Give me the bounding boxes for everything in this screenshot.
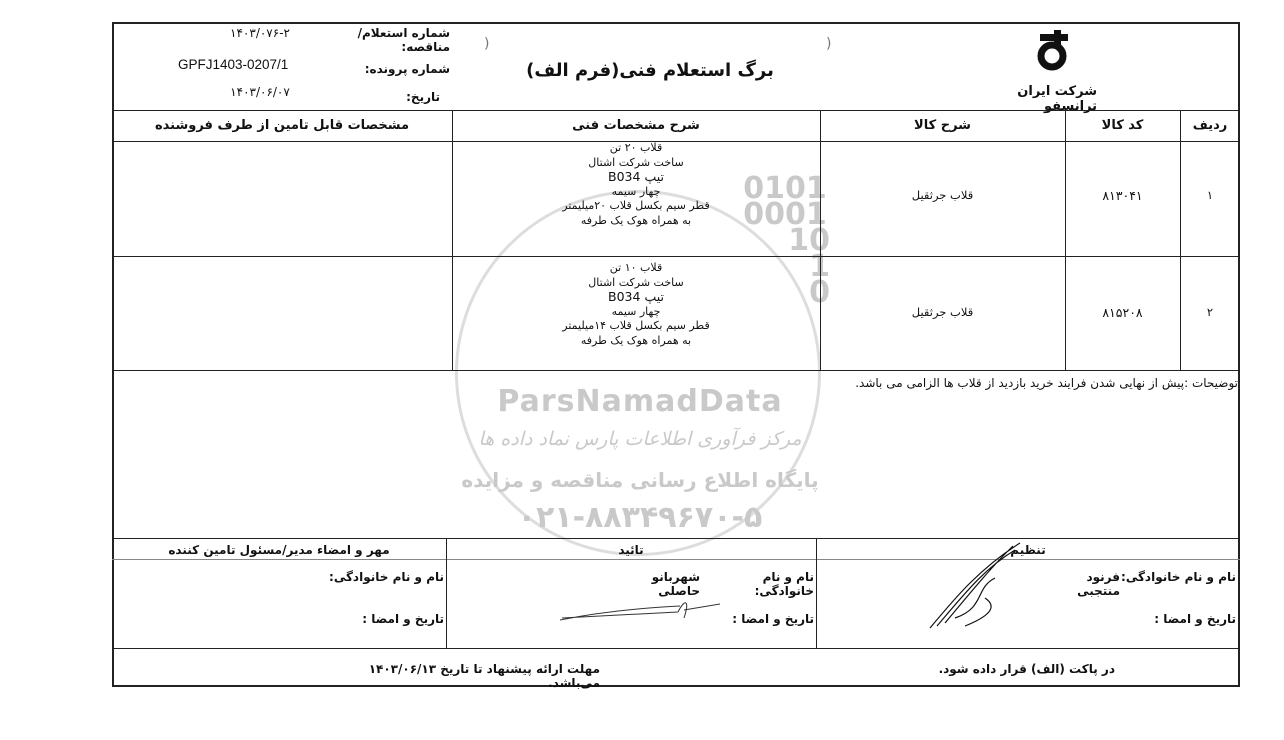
spec-line: به همراه هوک یک طرفه	[452, 334, 820, 349]
row-description: قلاب جرثقیل	[820, 188, 1065, 202]
prepared-date-sign-label: تاریخ و امضا :	[1140, 612, 1236, 626]
form-title: برگ استعلام فنی(فرم الف)	[520, 60, 780, 81]
envelope-note: در پاکت (الف) قرار داده شود.	[900, 662, 1115, 676]
supplier-header: مهر و امضاء مدیر/مسئول تامین کننده	[112, 540, 446, 560]
date-value: ۱۴۰۳/۰۶/۰۷	[205, 85, 315, 99]
spec-line: تیپ B034	[452, 290, 820, 305]
supplier-name-label: نام و نام خانوادگی:	[300, 570, 444, 584]
date-label: تاریخ:	[380, 90, 440, 104]
spec-line: چهار سیمه	[452, 305, 820, 320]
spec-line: قلاب ۲۰ تن	[452, 141, 820, 156]
spec-line: قلاب ۱۰ تن	[452, 261, 820, 276]
approved-date-sign-label: تاریخ و امضا :	[720, 612, 814, 626]
prepared-name-value: فرنود منتجبی	[1040, 570, 1120, 598]
deadline-note: مهلت ارائه پیشنهاد تا تاریخ ۱۴۰۳/۰۶/۱۳ م…	[320, 662, 600, 690]
file-number-label: شماره پرونده:	[360, 62, 450, 76]
col-header-description: شرح کالا	[820, 112, 1065, 140]
spec-line: قطر سیم بکسل قلاب ۲۰میلیمتر	[452, 199, 820, 214]
file-number-value: GPFJ1403-0207/1	[178, 57, 328, 72]
approved-name-label: نام و نام خانوادگی:	[700, 570, 814, 598]
prepared-header: تنظیم	[816, 540, 1240, 560]
inquiry-number-value: ۱۴۰۳/۰۷۶-۲	[205, 26, 315, 40]
spec-line: به همراه هوک یک طرفه	[452, 214, 820, 229]
table-top-border	[112, 110, 1240, 111]
col-header-supplier-spec: مشخصات قابل تامین از طرف فروشنده	[112, 112, 452, 140]
notes-text: توضیحات :پیش از نهایی شدن فرایند خرید با…	[850, 376, 1238, 390]
col-header-code: کد کالا	[1065, 112, 1180, 140]
iran-transfo-logo-icon	[1032, 28, 1076, 72]
spec-line: چهار سیمه	[452, 185, 820, 200]
col-divider	[1180, 110, 1181, 370]
row-index: ۲	[1180, 305, 1240, 319]
row-index: ۱	[1180, 188, 1240, 202]
decorative-paren: )	[826, 36, 831, 52]
signature-bottom-border	[112, 648, 1240, 649]
decorative-paren: )	[484, 36, 489, 52]
prepared-signature-icon	[925, 538, 1025, 650]
signature-top-border	[112, 538, 1240, 539]
row-code: ۸۱۳۰۴۱	[1065, 188, 1180, 203]
col-header-index: ردیف	[1180, 112, 1240, 140]
supplier-date-sign-label: تاریخ و امضا :	[330, 612, 444, 626]
spec-line: ساخت شرکت اشتال	[452, 276, 820, 291]
col-divider	[1065, 110, 1066, 370]
table-bottom-border	[112, 370, 1240, 371]
approved-header: تائید	[446, 540, 816, 560]
spec-line: ساخت شرکت اشتال	[452, 156, 820, 171]
approved-name-value: شهربانو حاصلی	[620, 570, 700, 598]
col-header-tech-spec: شرح مشخصات فنی	[452, 112, 820, 140]
prepared-name-label: نام و نام خانوادگی:	[1120, 570, 1236, 584]
spec-line: تیپ B034	[452, 170, 820, 185]
row-tech-spec: قلاب ۱۰ تن ساخت شرکت اشتال تیپ B034 چهار…	[452, 261, 820, 349]
col-divider	[820, 110, 821, 370]
row-divider	[112, 256, 1240, 257]
spec-line: قطر سیم بکسل قلاب ۱۴میلیمتر	[452, 319, 820, 334]
row-tech-spec: قلاب ۲۰ تن ساخت شرکت اشتال تیپ B034 چهار…	[452, 141, 820, 229]
inquiry-number-label: شماره استعلام/مناقصه:	[330, 26, 450, 54]
row-code: ۸۱۵۲۰۸	[1065, 305, 1180, 320]
approved-signature-icon	[560, 598, 720, 628]
row-description: قلاب جرثقیل	[820, 305, 1065, 319]
